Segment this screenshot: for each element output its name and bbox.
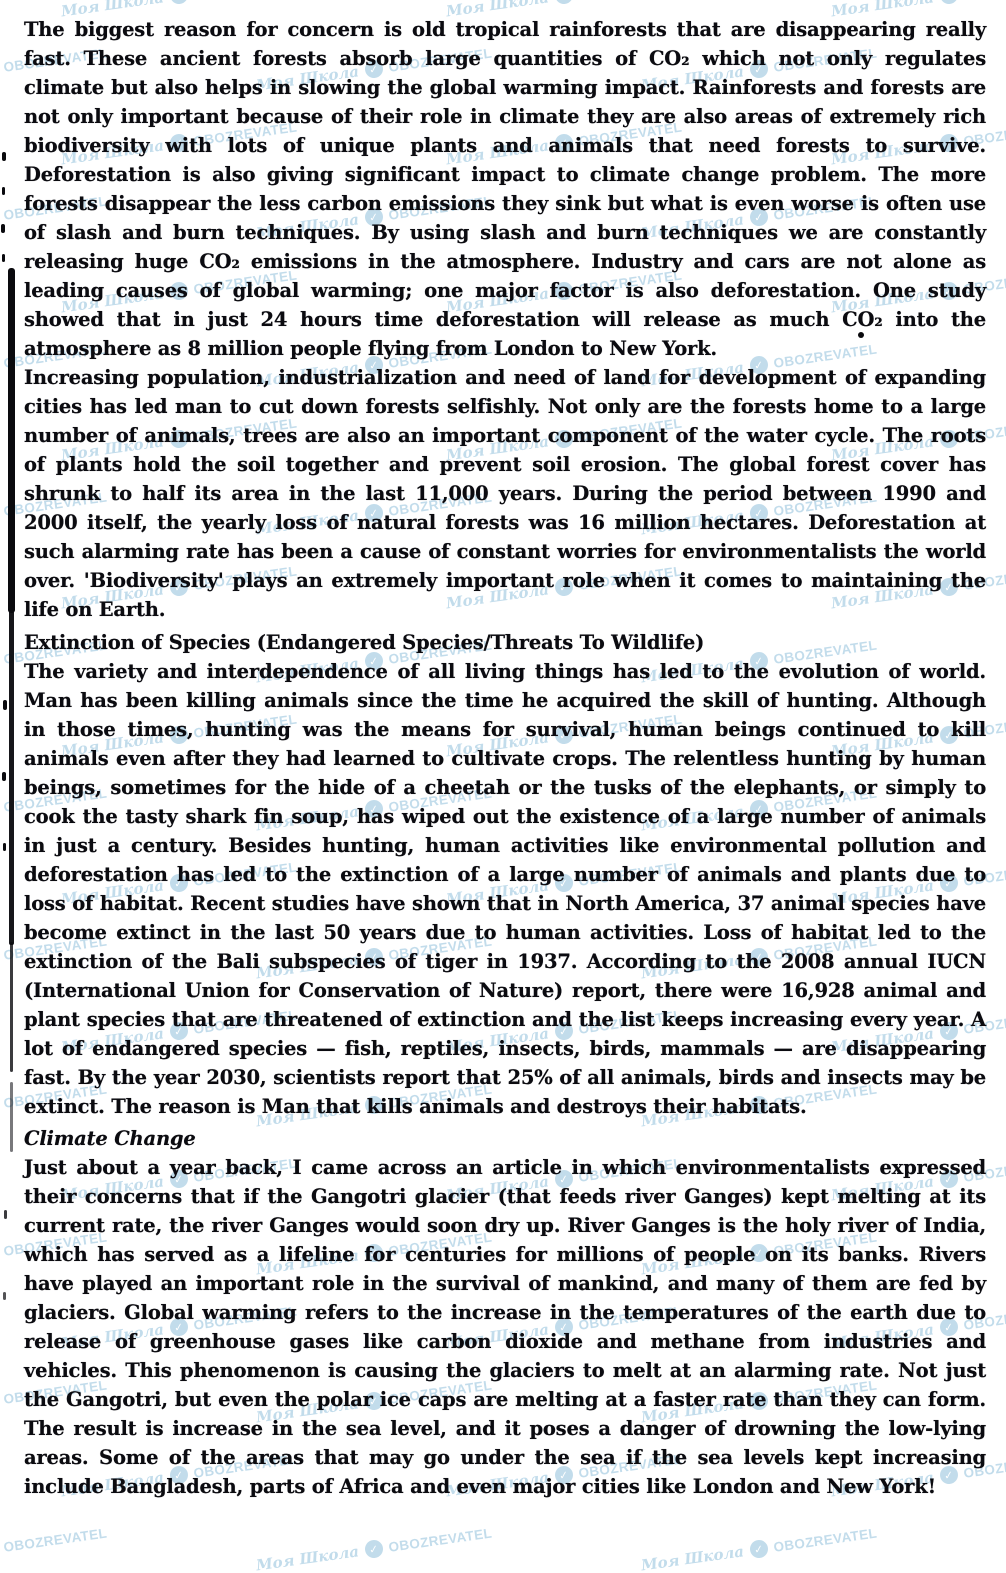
scanned-document-page: Моя Школа✓OBOZREVATELМоя Школа✓OBOZREVAT… [0,0,1006,1573]
document-text: The biggest reason for concern is old tr… [0,0,1006,1573]
section-heading: Extinction of Species (Endangered Specie… [24,628,986,657]
body-paragraph: Increasing population, industrialization… [24,363,986,624]
body-paragraph: The variety and interdependence of all l… [24,657,986,1121]
body-paragraph: Just about a year back, I came across an… [24,1153,986,1501]
body-paragraph: The biggest reason for concern is old tr… [24,15,986,363]
section-heading: Climate Change [24,1124,986,1153]
